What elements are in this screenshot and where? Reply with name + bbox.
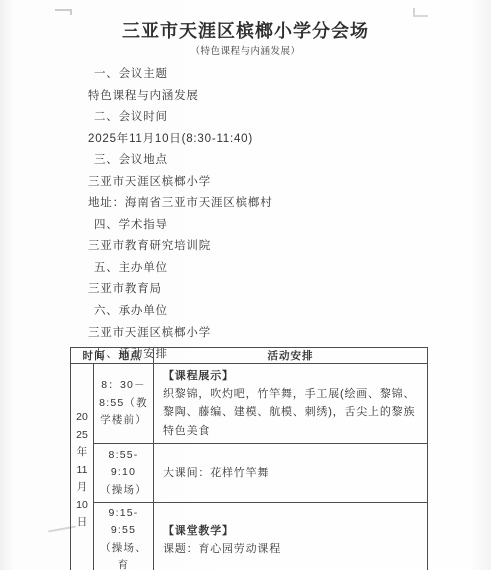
agenda-item-academic: 三亚市教育研究培训院 <box>88 236 273 258</box>
agenda-item-host-heading: 五、主办单位 <box>88 258 273 280</box>
agenda-item-venue-heading: 三、会议地点 <box>88 150 273 172</box>
time-range: 9:15-9:55 <box>98 505 149 540</box>
agenda-item-address: 地址：海南省三亚市天涯区槟榔村 <box>88 193 273 215</box>
agenda-item-topic: 特色课程与内涵发展 <box>88 86 273 108</box>
time-range: 8:55-9:10 <box>98 447 149 482</box>
time-location: （操场） <box>98 482 149 500</box>
schedule-header-time-location: 时间地点 <box>71 348 154 364</box>
agenda-list: 一、会议主题 特色课程与内涵发展 二、会议时间 2025年11月10日(8:30… <box>88 64 273 366</box>
date-part: 日 <box>71 514 93 531</box>
document-title: 三亚市天涯区槟榔小学分会场 <box>0 17 491 43</box>
agenda-item-topic-heading: 一、会议主题 <box>88 64 273 86</box>
time-location: （操场、育 <box>98 540 149 570</box>
date-part: 年 <box>71 444 93 461</box>
agenda-item-time-heading: 二、会议时间 <box>88 107 273 129</box>
date-part: 20 <box>71 409 93 426</box>
agenda-item-academic-heading: 四、学术指导 <box>88 215 273 237</box>
header-location-label: 地点 <box>119 350 142 362</box>
activity-text: 织黎锦，吹灼吧，竹竿舞，手工展(绘画、黎锦、黎陶、藤编、建模、航模、刺绣)，舌尖… <box>163 388 415 436</box>
schedule-table: 时间地点 活动安排 20 25 年 11 月 10 日 8：30－8:55（教学… <box>70 347 428 570</box>
schedule-activity-cell: 【课程展示】 织黎锦，吹灼吧，竹竿舞，手工展(绘画、黎锦、黎陶、藤编、建模、航模… <box>154 364 428 444</box>
agenda-item-venue: 三亚市天涯区槟榔小学 <box>88 172 273 194</box>
activity-text: 大课间：花样竹竿舞 <box>163 467 269 479</box>
scan-corner-artifact <box>55 9 72 15</box>
document-subtitle: （特色课程与内涵发展） <box>0 43 491 57</box>
agenda-item-organizer: 三亚市天涯区槟榔小学 <box>88 323 273 345</box>
schedule-date-cell: 20 25 年 11 月 10 日 <box>71 364 94 570</box>
schedule-time-cell: 8：30－8:55（教学楼前） <box>94 364 154 444</box>
scan-corner-artifact <box>413 8 428 17</box>
schedule-time-cell: 8:55-9:10 （操场） <box>94 443 154 502</box>
document-page: 三亚市天涯区槟榔小学分会场 （特色课程与内涵发展） 一、会议主题 特色课程与内涵… <box>0 0 491 570</box>
activity-text: 课题：育心园劳动课程 <box>163 543 281 555</box>
table-row: 20 25 年 11 月 10 日 8：30－8:55（教学楼前） 【课程展示】… <box>71 364 428 444</box>
agenda-item-host: 三亚市教育局 <box>88 279 273 301</box>
agenda-item-time: 2025年11月10日(8:30-11:40) <box>88 129 273 151</box>
schedule-activity-cell: 大课间：花样竹竿舞 <box>154 443 428 502</box>
date-part: 11 <box>71 462 93 479</box>
agenda-item-organizer-heading: 六、承办单位 <box>88 301 273 323</box>
schedule-time-cell: 9:15-9:55 （操场、育 <box>94 502 154 570</box>
header-time-label: 时间 <box>83 350 106 362</box>
activity-heading: 【课堂教学】 <box>163 522 418 540</box>
activity-heading: 【课程展示】 <box>163 367 418 385</box>
date-part: 10 <box>71 497 93 514</box>
schedule-header-row: 时间地点 活动安排 <box>71 348 428 364</box>
date-part: 月 <box>71 479 93 496</box>
date-part: 25 <box>71 427 93 444</box>
schedule-activity-cell: 【课堂教学】 课题：育心园劳动课程 <box>154 502 428 570</box>
table-row: 8:55-9:10 （操场） 大课间：花样竹竿舞 <box>71 443 428 502</box>
table-row: 9:15-9:55 （操场、育 【课堂教学】 课题：育心园劳动课程 <box>71 502 428 570</box>
schedule-header-activity: 活动安排 <box>154 348 428 364</box>
